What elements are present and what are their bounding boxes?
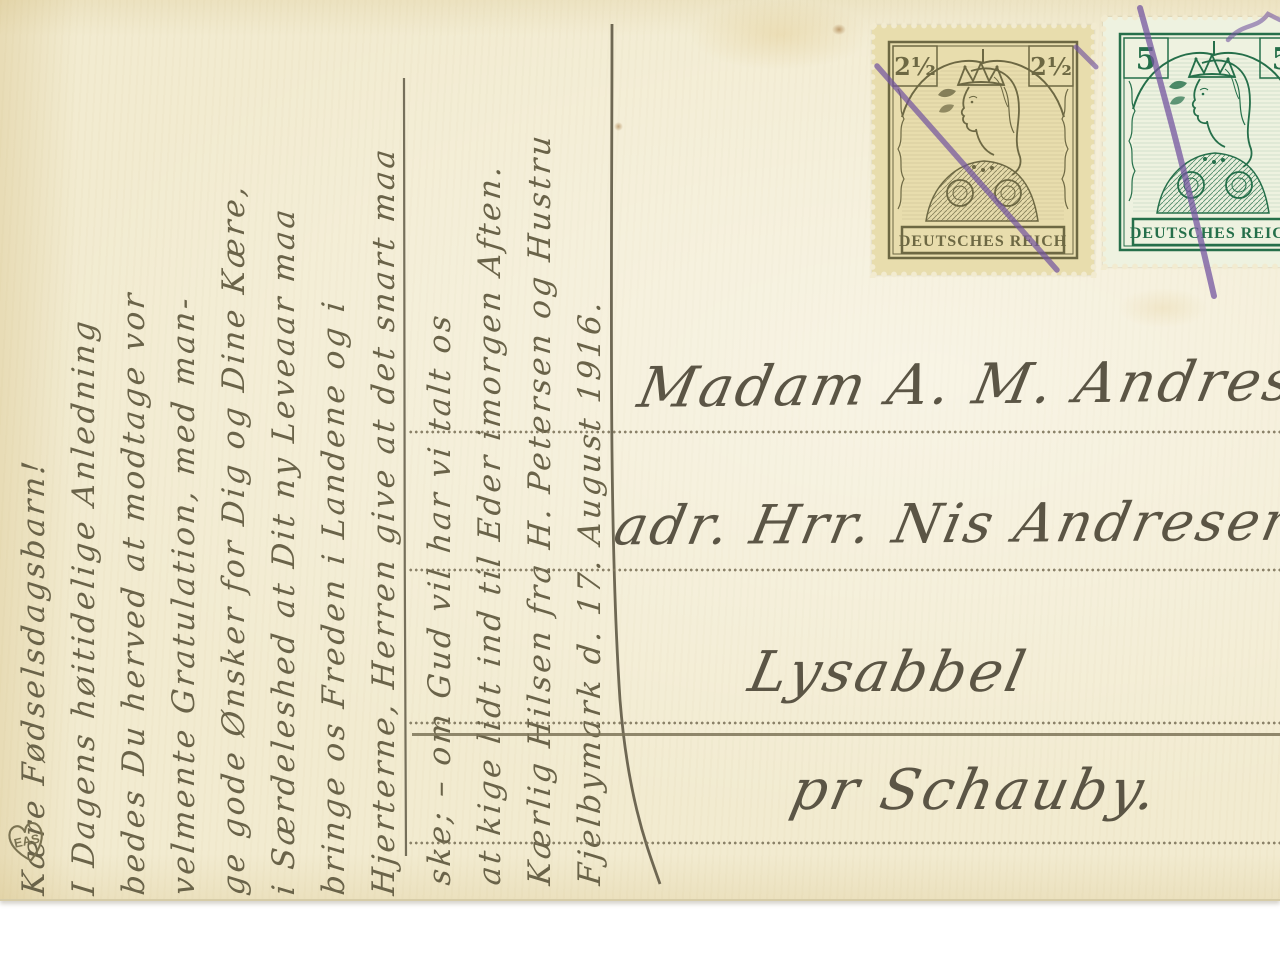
postage-stamp-2half: 2½ 2½ DEUTSCHES REICH <box>872 25 1094 275</box>
handwritten-line: Fjelbymark d. 17. August 1916. <box>565 2 615 887</box>
handwritten-line: bringe os Freden i Landene og i <box>309 0 359 898</box>
handwritten-line: bedes Du herved at modtage vor <box>109 0 159 898</box>
address-care-of: adr. Hrr. Nis Andresen <box>609 490 1280 558</box>
stamp-denomination: 2½ <box>1030 52 1072 81</box>
paper-stain <box>832 24 846 35</box>
address-dotted-line <box>408 721 1280 725</box>
paper-stain <box>690 0 870 70</box>
paper-stain <box>1118 288 1208 328</box>
handwritten-line: I Dagens høitidelige Anledning <box>59 0 109 898</box>
stamp-denomination: 5 <box>1272 42 1280 77</box>
stamp-denomination: 5 <box>1136 42 1157 77</box>
handwritten-line: Kære Fødselsdagsbarn! <box>9 0 59 898</box>
handwritten-message-column-1: Kære Fødselsdagsbarn!I Dagens høitidelig… <box>9 0 409 905</box>
postage-stamp-5: 5 5 DEUTSCHES REICH <box>1103 17 1280 267</box>
address-post-office: pr Schauby. <box>785 758 1165 823</box>
address-dotted-line <box>408 841 1280 845</box>
handwritten-line: velmente Gratulation, med man- <box>159 0 209 898</box>
paper-stain <box>614 122 623 131</box>
handwritten-message-column-2: ske; – om Gud vil har vi talt osat kige … <box>415 5 615 891</box>
center-divider-line <box>611 24 660 884</box>
scanned-postcard-back: Kære Fødselsdagsbarn!I Dagens høitidelig… <box>0 0 1280 960</box>
handwritten-line: Hjerterne, Herren give at det snart maa <box>359 0 409 898</box>
address-dotted-line <box>408 430 1280 434</box>
handwritten-line: ge gode Ønsker for Dig og Dine Kære, <box>209 0 259 898</box>
handwritten-line: at kige lidt ind til Eder imorgen Aften. <box>465 2 515 887</box>
handwritten-line: ske; – om Gud vil har vi talt os <box>415 2 465 887</box>
address-solid-line <box>412 733 1280 736</box>
stamp-denomination: 2½ <box>894 52 936 81</box>
address-town: Lysabbel <box>743 640 1034 705</box>
publisher-logo-text: EAS <box>13 832 41 851</box>
handwritten-line: Kærlig Hilsen fra H. Petersen og Hustru <box>515 2 565 887</box>
handwritten-line: i Særdeleshed at Dit ny Leveaar maa <box>259 0 309 898</box>
stamp-country-label: DEUTSCHES REICH <box>899 233 1067 250</box>
postcard-paper: Kære Fødselsdagsbarn!I Dagens høitidelig… <box>0 0 1280 901</box>
germania-stamp-art: 2½ 2½ DEUTSCHES REICH <box>872 25 1094 275</box>
address-dotted-line <box>408 568 1280 572</box>
stamp-country-label: DEUTSCHES REICH <box>1130 225 1280 242</box>
address-recipient-name: Madam A. M. Andresen <box>633 348 1280 421</box>
germania-stamp-art: 5 5 DEUTSCHES REICH <box>1103 17 1280 267</box>
